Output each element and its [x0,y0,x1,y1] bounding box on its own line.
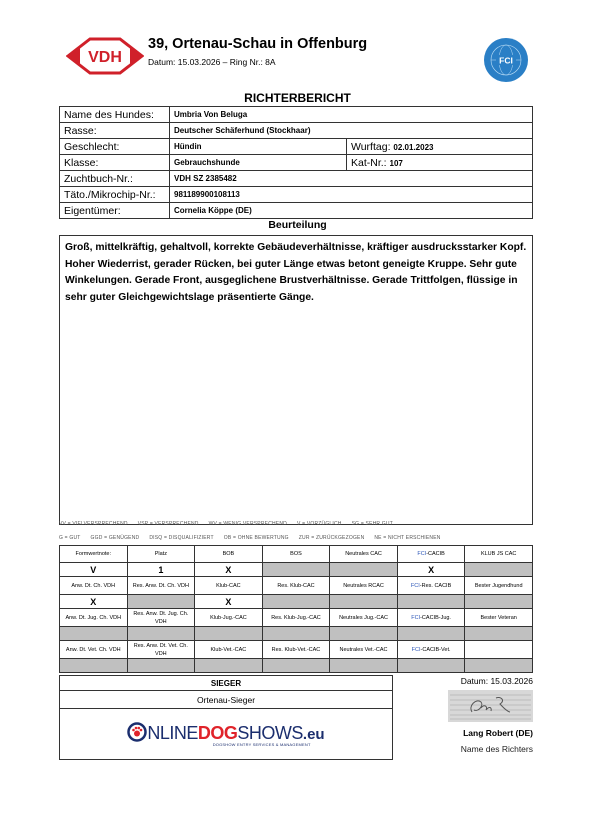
results-cell [397,627,465,641]
row-studbook: Zuchtbuch-Nr.: VDH SZ 2385482 [60,171,533,187]
results-cell: X [397,563,465,577]
results-label-row: Anw. Dt. Ch. VDHRes. Anw. Dt. Ch. VDHKlu… [60,577,533,595]
results-cell [465,595,533,609]
legend-item: WV = WENIG VERSPRECHEND [209,521,287,527]
results-cell: Klub-Jug.-CAC [195,609,263,627]
row-chip: Täto./Mikrochip-Nr.: 981189900108113 [60,187,533,203]
results-cell: 1 [127,563,195,577]
results-cell: Neutrales Vet.-CAC [330,641,398,659]
onlinedogshows-logo: NLINEDOGSHOWS.eu DOGSHOW ENTRY SERVICES … [127,722,324,747]
logo-word-eu: .eu [303,726,325,743]
legend-item: SG = SEHR GUT [352,521,393,527]
results-cell [465,659,533,673]
results-cell: Bester Veteran [465,609,533,627]
results-cell: Formwertnote: [60,546,128,563]
results-cell: Bester Jugendhund [465,577,533,595]
vdh-logo: VDH [66,37,144,75]
results-cell: BOB [195,546,263,563]
judge-name: Lang Robert (DE) [400,728,533,738]
results-cell: Anw. Dt. Ch. VDH [60,577,128,595]
results-label-row: Anw. Dt. Vet. Ch. VDHRes. Anw. Dt. Vet. … [60,641,533,659]
assessment-title: Beurteilung [0,219,595,231]
sieger-title: Ortenau-Sieger [60,691,393,709]
value-studbook: VDH SZ 2385482 [170,171,533,187]
value-catalog: 107 [390,159,403,168]
results-cell [127,595,195,609]
value-sex: Hündin [170,139,347,155]
value-birth-date: 02.01.2023 [393,143,433,152]
paw-icon [127,722,147,742]
legend-item: G = GUT [59,535,81,541]
results-cell [397,595,465,609]
label-chip: Täto./Mikrochip-Nr.: [60,187,170,203]
judge-date: Datum: 15.03.2026 [420,676,533,686]
fci-logo: FCI [483,37,529,83]
results-mark-row: XX [60,595,533,609]
results-label-row: Anw. Dt. Jug. Ch. VDHRes. Anw. Dt. Jug. … [60,609,533,627]
row-owner: Eigentümer: Cornelia Köppe (DE) [60,203,533,219]
results-cell [465,563,533,577]
catalog-cell: Kat-Nr.: 107 [347,155,533,171]
sponsor-logo-cell: NLINEDOGSHOWS.eu DOGSHOW ENTRY SERVICES … [60,709,393,760]
judge-signature [448,690,533,722]
legend-item: DISQ = DISQUALIFIZIERT [149,535,213,541]
row-class: Klasse: Gebrauchshunde Kat-Nr.: 107 [60,155,533,171]
results-cell: Klub-Vet.-CAC [195,641,263,659]
results-cell: Res. Anw. Dt. Ch. VDH [127,577,195,595]
results-cell: FCI-CACIB-Vet. [397,641,465,659]
results-cell: X [195,595,263,609]
value-class: Gebrauchshunde [170,155,347,171]
svg-text:FCI: FCI [499,56,513,66]
dog-info-table: Name des Hundes: Umbria Von Beluga Rasse… [59,106,533,219]
value-owner: Cornelia Köppe (DE) [170,203,533,219]
grade-legend-line-1: VV = VIELVERSPRECHENDVSP = VERSPRECHENDW… [59,521,403,527]
row-sex: Geschlecht: Hündin Wurftag: 02.01.2023 [60,139,533,155]
label-birth-date: Wurftag: [351,141,391,153]
legend-item: V = VORZÜGLICH [297,521,342,527]
results-cell: Res. Anw. Dt. Vet. Ch. VDH [127,641,195,659]
legend-item: NE = NICHT ERSCHIENEN [374,535,440,541]
row-dog-name: Name des Hundes: Umbria Von Beluga [60,107,533,123]
birth-date-cell: Wurftag: 02.01.2023 [347,139,533,155]
assessment-text: Groß, mittelkräftig, gehaltvoll, korrekt… [59,235,533,525]
results-cell [195,627,263,641]
results-cell: FCI-CACIB [397,546,465,563]
sieger-heading: SIEGER [60,676,393,691]
show-title: 39, Ortenau-Schau in Offenburg [148,36,367,52]
results-mark-row: V1XX [60,563,533,577]
results-cell: X [60,595,128,609]
label-dog-name: Name des Hundes: [60,107,170,123]
logo-word-dog: DOG [198,723,238,743]
label-studbook: Zuchtbuch-Nr.: [60,171,170,187]
value-dog-name: Umbria Von Beluga [170,107,533,123]
results-cell: BOS [262,546,330,563]
results-cell [465,641,533,659]
report-title: RICHTERBERICHT [0,91,595,105]
results-mark-row [60,659,533,673]
results-cell: Neutrales Jug.-CAC [330,609,398,627]
sieger-table: SIEGER Ortenau-Sieger NLINEDOGSHOWS.eu D… [59,675,393,760]
results-cell [262,659,330,673]
results-cell [60,659,128,673]
results-cell: Res. Klub-Vet.-CAC [262,641,330,659]
results-cell: Platz [127,546,195,563]
results-cell: FCI-CACIB-Jug. [397,609,465,627]
legend-item: GGD = GENÜGEND [91,535,140,541]
value-chip: 981189900108113 [170,187,533,203]
row-breed: Rasse: Deutscher Schäferhund (Stockhaar) [60,123,533,139]
results-cell [330,563,398,577]
label-breed: Rasse: [60,123,170,139]
logo-word-online: NLINE [147,723,198,743]
results-cell [330,595,398,609]
results-cell [262,563,330,577]
results-cell: Neutrales CAC [330,546,398,563]
results-cell: FCI-Res. CACIB [397,577,465,595]
results-cell [330,659,398,673]
results-cell [397,659,465,673]
results-cell [60,627,128,641]
label-owner: Eigentümer: [60,203,170,219]
results-cell: Neutrales RCAC [330,577,398,595]
results-cell [195,659,263,673]
results-cell: Anw. Dt. Vet. Ch. VDH [60,641,128,659]
results-header-row: Formwertnote:PlatzBOBBOSNeutrales CACFCI… [60,546,533,563]
results-cell: Res. Klub-Jug.-CAC [262,609,330,627]
results-cell [262,627,330,641]
results-table: Formwertnote:PlatzBOBBOSNeutrales CACFCI… [59,545,533,673]
results-cell [262,595,330,609]
legend-item: VV = VIELVERSPRECHEND [59,521,128,527]
svg-text:VDH: VDH [88,49,122,66]
legend-item: OB = OHNE BEWERTUNG [224,535,289,541]
label-catalog: Kat-Nr.: [351,157,387,169]
results-cell: V [60,563,128,577]
results-cell [127,659,195,673]
legend-item: VSP = VERSPRECHEND [138,521,199,527]
results-cell: Res. Anw. Dt. Jug. Ch. VDH [127,609,195,627]
results-cell: KLUB JS CAC [465,546,533,563]
results-cell [127,627,195,641]
label-sex: Geschlecht: [60,139,170,155]
results-cell: Anw. Dt. Jug. Ch. VDH [60,609,128,627]
legend-item: ZUR = ZURÜCKGEZOGEN [299,535,365,541]
results-mark-row [60,627,533,641]
results-cell: Res. Klub-CAC [262,577,330,595]
results-cell: Klub-CAC [195,577,263,595]
results-cell: X [195,563,263,577]
results-cell [330,627,398,641]
results-cell [465,627,533,641]
judge-name-label: Name des Richters [400,744,533,754]
logo-word-shows: SHOWS [237,723,303,743]
label-class: Klasse: [60,155,170,171]
grade-legend-line-2: G = GUTGGD = GENÜGENDDISQ = DISQUALIFIZI… [59,535,451,541]
show-date-ring: Datum: 15.03.2026 – Ring Nr.: 8A [148,57,276,67]
value-breed: Deutscher Schäferhund (Stockhaar) [170,123,533,139]
